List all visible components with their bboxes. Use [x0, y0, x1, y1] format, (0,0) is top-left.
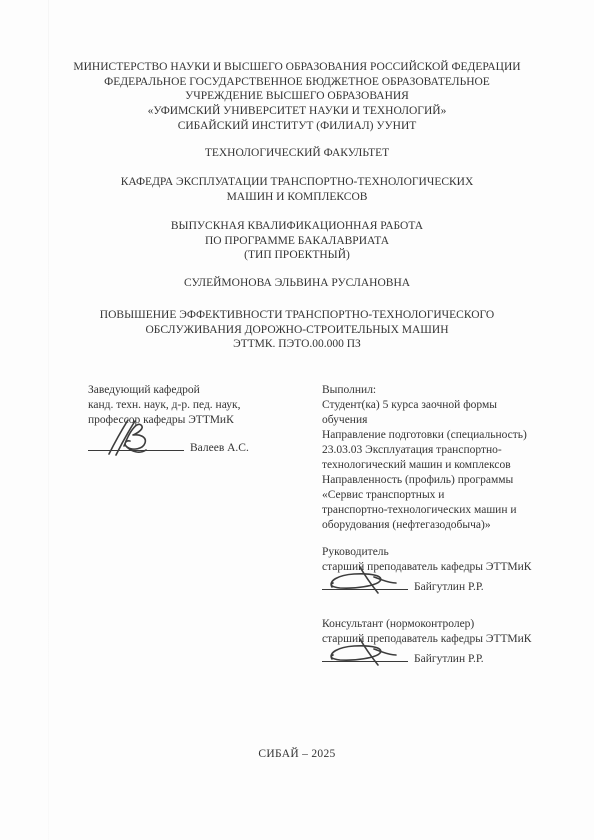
- performer-line: обучения: [322, 413, 567, 428]
- ministry-header: МИНИСТЕРСТВО НАУКИ И ВЫСШЕГО ОБРАЗОВАНИЯ…: [40, 60, 554, 134]
- performer-line: транспортно-технологических машин и: [322, 503, 567, 518]
- performer-line: Направление подготовки (специальность): [322, 428, 567, 443]
- approval-block: Заведующий кафедрой канд. техн. наук, д-…: [88, 383, 313, 456]
- supervisor-signatory: Байгутлин Р.Р.: [408, 581, 484, 593]
- performer-line: оборудования (нефтегазодобыча)»: [322, 518, 567, 533]
- department-line: МАШИН И КОМПЛЕКСОВ: [40, 190, 554, 205]
- approval-signatory: Валеев А.С.: [184, 442, 249, 454]
- signature-line: [322, 649, 408, 662]
- consultant-signature-row: Байгутлин Р.Р.: [322, 649, 567, 667]
- document-code: ЭТТМК. ПЭТО.00.000 ПЗ: [40, 337, 554, 352]
- performer-line: «Сервис транспортных и: [322, 488, 567, 503]
- header-line: «УФИМСКИЙ УНИВЕРСИТЕТ НАУКИ И ТЕХНОЛОГИЙ…: [40, 104, 554, 119]
- supervisor-signature-row: Байгутлин Р.Р.: [322, 577, 567, 595]
- performer-line: технологический машин и комплексов: [322, 458, 567, 473]
- supervisor-position: старший преподаватель кафедры ЭТТМиК: [322, 560, 567, 575]
- approval-line: профессор кафедры ЭТТМиК: [88, 413, 313, 428]
- author-name: СУЛЕЙМОНОВА ЭЛЬВИНА РУСЛАНОВНА: [40, 276, 554, 291]
- signature-line: [88, 438, 184, 451]
- header-line: УЧРЕЖДЕНИЕ ВЫСШЕГО ОБРАЗОВАНИЯ: [40, 89, 554, 104]
- department-title: КАФЕДРА ЭКСПЛУАТАЦИИ ТРАНСПОРТНО-ТЕХНОЛО…: [40, 175, 554, 204]
- header-line: ФЕДЕРАЛЬНОЕ ГОСУДАРСТВЕННОЕ БЮДЖЕТНОЕ ОБ…: [40, 75, 554, 90]
- work-type-line: (ТИП ПРОЕКТНЫЙ): [40, 248, 554, 263]
- performer-block: Выполнил: Студент(ка) 5 курса заочной фо…: [322, 383, 567, 667]
- thesis-title-line: ОБСЛУЖИВАНИЯ ДОРОЖНО-СТРОИТЕЛЬНЫХ МАШИН: [40, 323, 554, 338]
- faculty-title: ТЕХНОЛОГИЧЕСКИЙ ФАКУЛЬТЕТ: [40, 146, 554, 161]
- header-line: МИНИСТЕРСТВО НАУКИ И ВЫСШЕГО ОБРАЗОВАНИЯ…: [40, 60, 554, 75]
- thesis-title: ПОВЫШЕНИЕ ЭФФЕКТИВНОСТИ ТРАНСПОРТНО-ТЕХН…: [40, 308, 554, 352]
- department-line: КАФЕДРА ЭКСПЛУАТАЦИИ ТРАНСПОРТНО-ТЕХНОЛО…: [40, 175, 554, 190]
- work-type-line: ПО ПРОГРАММЕ БАКАЛАВРИАТА: [40, 234, 554, 249]
- approval-signature-row: Валеев А.С.: [88, 438, 313, 456]
- performer-line: Выполнил:: [322, 383, 567, 398]
- city-year: СИБАЙ – 2025: [40, 748, 554, 760]
- consultant-signatory: Байгутлин Р.Р.: [408, 653, 484, 665]
- consultant-position: старший преподаватель кафедры ЭТТМиК: [322, 632, 567, 647]
- work-type-line: ВЫПУСКНАЯ КВАЛИФИКАЦИОННАЯ РАБОТА: [40, 219, 554, 234]
- performer-line: Студент(ка) 5 курса заочной формы: [322, 398, 567, 413]
- thesis-title-page: МИНИСТЕРСТВО НАУКИ И ВЫСШЕГО ОБРАЗОВАНИЯ…: [0, 0, 594, 840]
- signature-line: [322, 577, 408, 590]
- work-type: ВЫПУСКНАЯ КВАЛИФИКАЦИОННАЯ РАБОТА ПО ПРО…: [40, 219, 554, 263]
- approval-line: Заведующий кафедрой: [88, 383, 313, 398]
- header-line: СИБАЙСКИЙ ИНСТИТУТ (ФИЛИАЛ) УУНИТ: [40, 119, 554, 134]
- supervisor-block: Руководитель старший преподаватель кафед…: [322, 545, 567, 595]
- performer-line: 23.03.03 Эксплуатация транспортно-: [322, 443, 567, 458]
- consultant-label: Консультант (нормоконтролер): [322, 617, 567, 632]
- approval-line: канд. техн. наук, д-р. пед. наук,: [88, 398, 313, 413]
- thesis-title-line: ПОВЫШЕНИЕ ЭФФЕКТИВНОСТИ ТРАНСПОРТНО-ТЕХН…: [40, 308, 554, 323]
- performer-line: Направленность (профиль) программы: [322, 473, 567, 488]
- supervisor-label: Руководитель: [322, 545, 567, 560]
- consultant-block: Консультант (нормоконтролер) старший пре…: [322, 617, 567, 667]
